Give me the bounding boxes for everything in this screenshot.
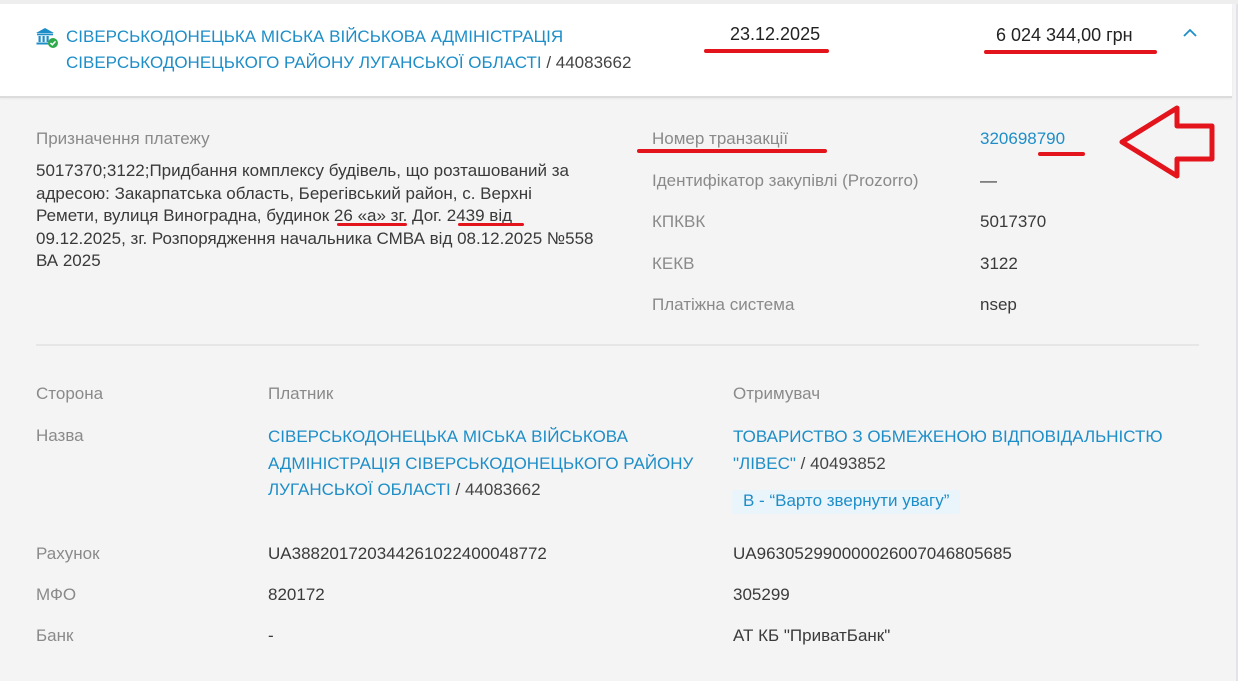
kekv-value: 3122 [980,254,1018,274]
bank-verified-icon [35,27,59,49]
payment-system-label: Платіжна система [652,295,794,315]
annotation-underline-transaction-label [637,149,827,153]
kpkvk-value: 5017370 [980,212,1046,232]
transaction-detail-page: СІВЕРСЬКОДОНЕЦЬКА МІСЬКА ВІЙСЬКОВА АДМІН… [0,0,1238,681]
prozorro-id-label: Ідентифікатор закупівлі (Prozorro) [652,171,919,191]
col-receiver-header: Отримувач [733,381,820,408]
separator: / [542,53,556,72]
col-side-header: Сторона [36,381,103,408]
annotation-underline-amount [984,50,1157,54]
transaction-number-link[interactable]: 320698790 [980,129,1065,149]
party-payer-code: 44083662 [465,480,541,499]
name-row-label: Назва [36,423,84,450]
purpose-label: Призначення платежу [36,129,210,149]
account-row-label: Рахунок [36,541,100,568]
payer-name-cell: СІВЕРСЬКОДОНЕЦЬКА МІСЬКА ВІЙСЬКОВА АДМІН… [268,424,708,504]
kekv-label: КЕКВ [652,254,694,274]
section-divider [36,344,1199,346]
annotation-underline-transaction-number [1038,152,1085,156]
payer-name-link[interactable]: СІВЕРСЬКОДОНЕЦЬКА МІСЬКА ВІЙСЬКОВА АДМІН… [66,27,563,72]
transaction-date: 23.12.2025 [730,24,820,45]
bank-row-label: Банк [36,623,73,650]
col-payer-header: Платник [268,381,333,408]
payer-code: 44083662 [556,53,632,72]
receiver-bank: АТ КБ "ПриватБанк" [733,623,890,650]
payer-bank: - [268,623,274,650]
prozorro-id-value: — [980,171,997,191]
chevron-up-icon[interactable] [1180,24,1200,42]
risk-badge[interactable]: B - “Варто звернути увагу” [732,490,960,514]
kpkvk-label: КПКВК [652,212,705,232]
annotation-underline-contract [458,223,524,226]
annotation-underline-date [704,49,829,53]
receiver-name-cell: ТОВАРИСТВО З ОБМЕЖЕНОЮ ВІДПОВІДАЛЬНІСТЮ … [733,424,1173,477]
payer-account: UA388201720344261022400048772 [268,541,547,568]
transaction-amount: 6 024 344,00 грн [996,25,1133,46]
mfo-row-label: МФО [36,582,76,609]
annotation-underline-building [337,223,407,226]
separator: / [451,480,465,499]
header-payer-name: СІВЕРСЬКОДОНЕЦЬКА МІСЬКА ВІЙСЬКОВА АДМІН… [66,24,666,76]
party-receiver-code: 40493852 [810,454,886,473]
red-arrow-left-icon [1116,104,1216,180]
transaction-number-label: Номер транзакції [652,129,788,149]
payment-system-value: nsep [980,295,1017,315]
receiver-mfo: 305299 [733,582,790,609]
receiver-account: UA963052990000026007046805685 [733,541,1012,568]
separator: / [796,454,810,473]
payer-mfo: 820172 [268,582,325,609]
purpose-text: 5017370;3122;Придбання комплексу будівел… [36,160,596,273]
